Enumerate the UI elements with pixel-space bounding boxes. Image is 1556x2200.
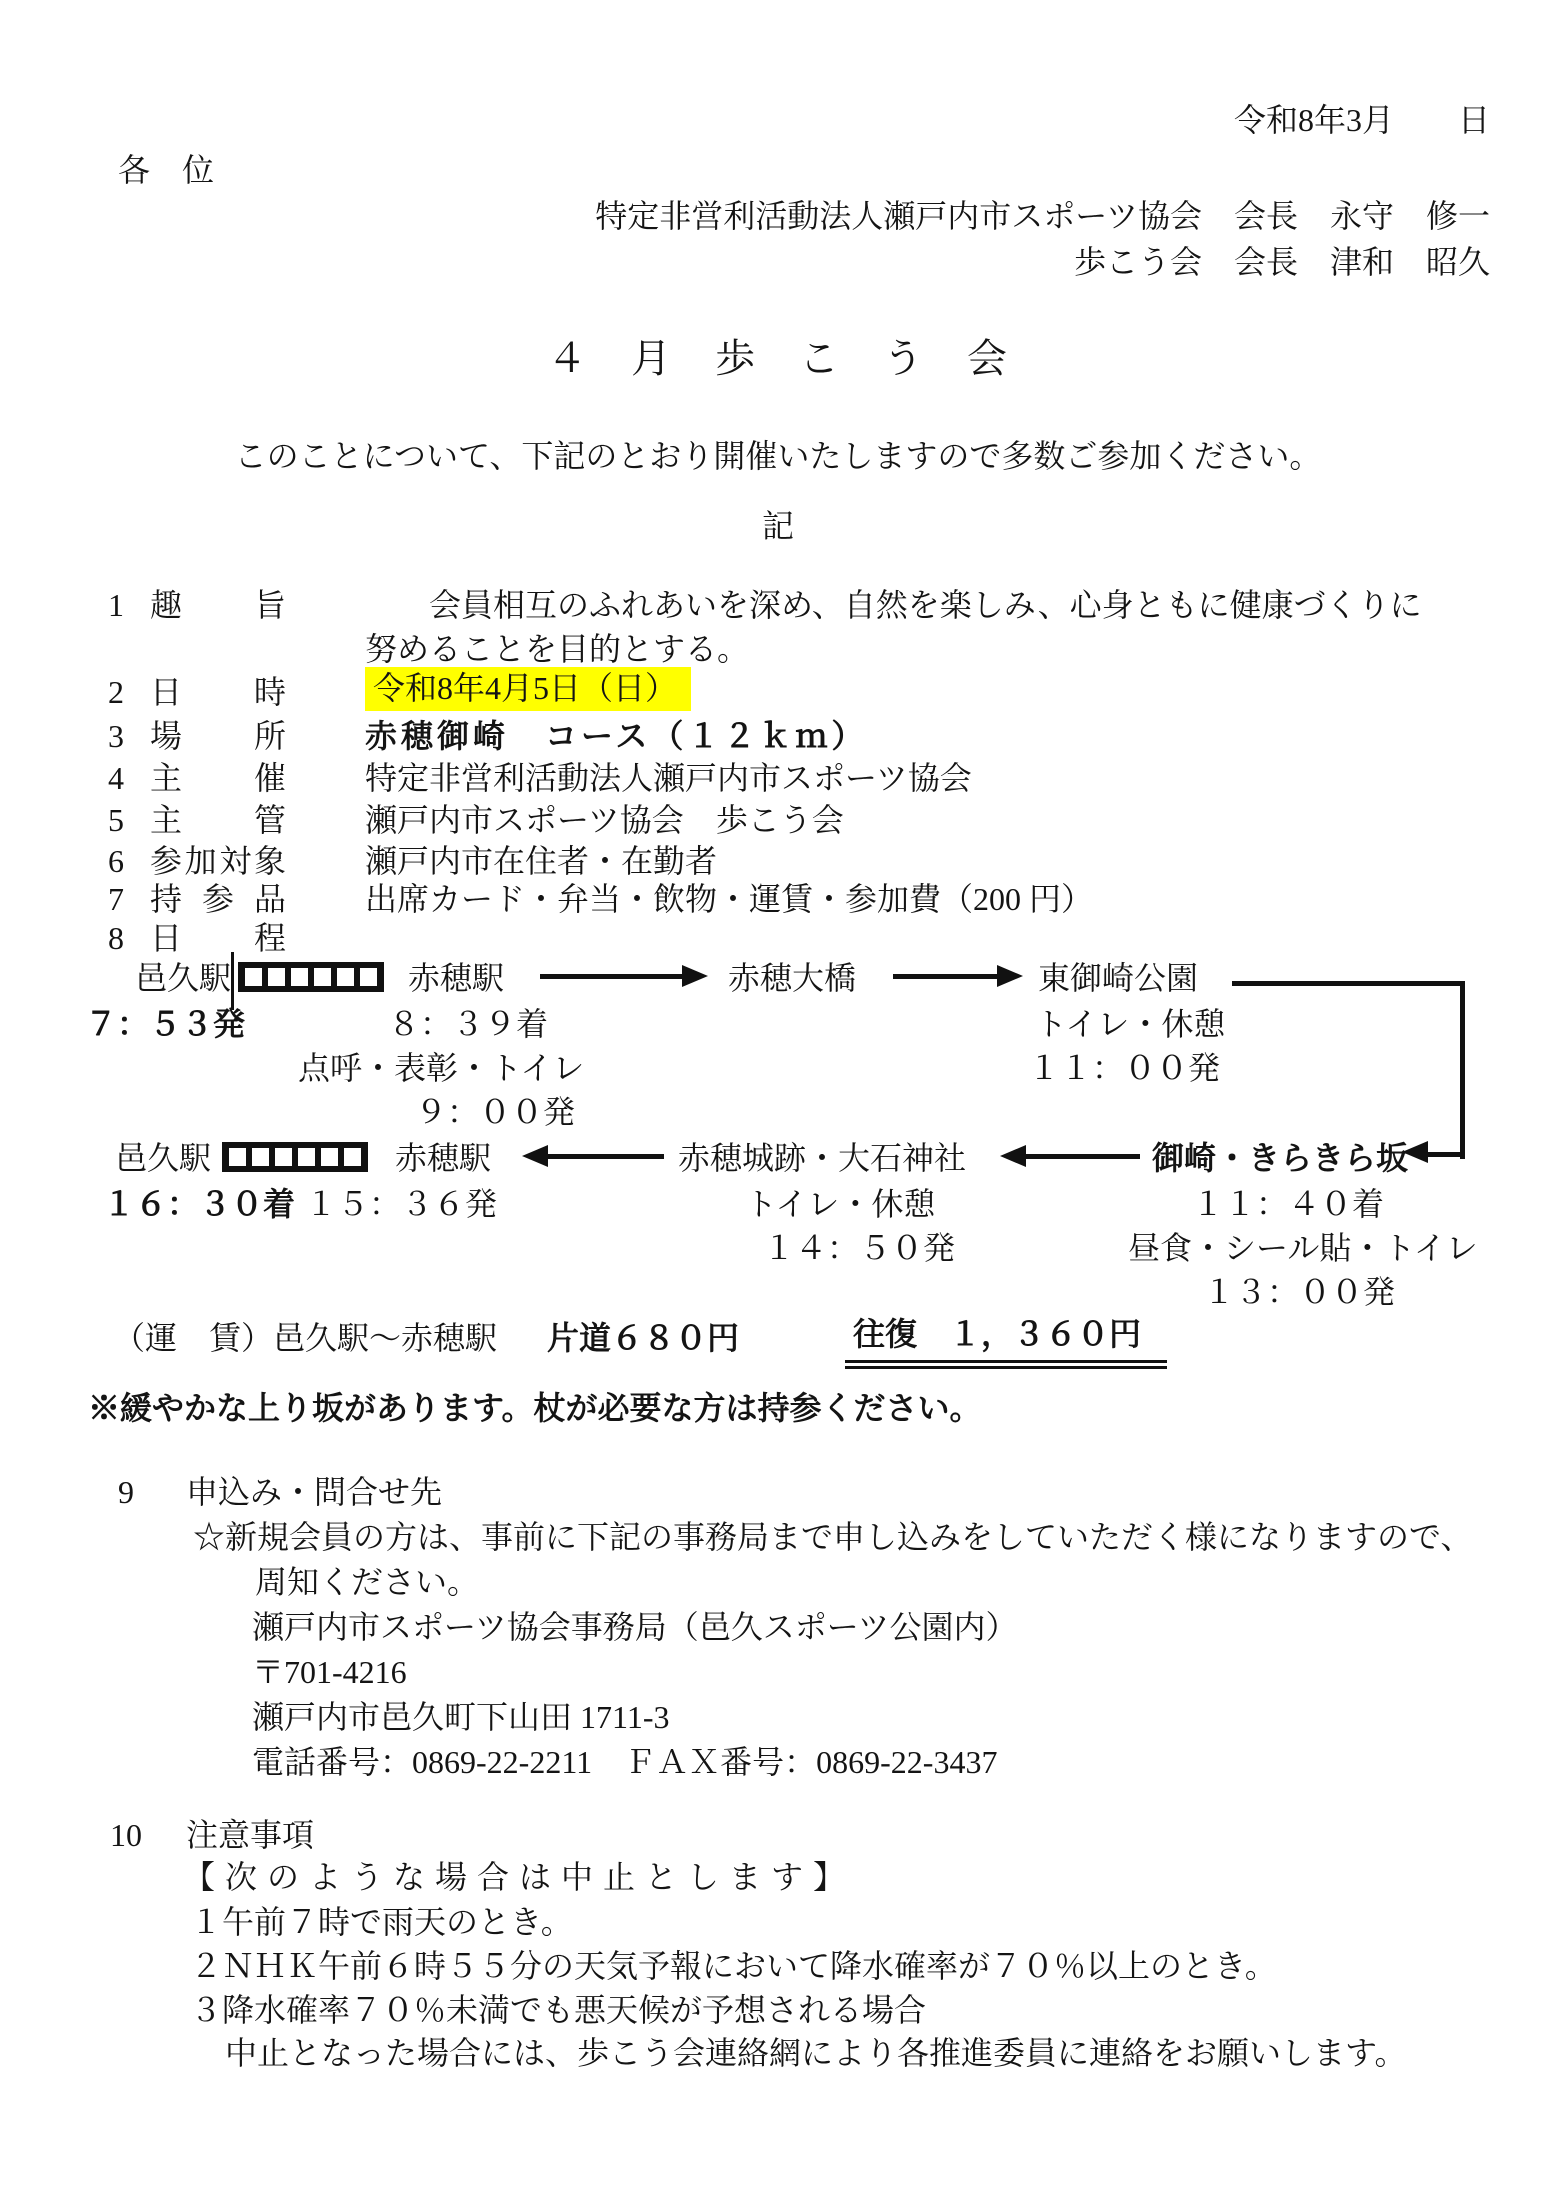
item-5-label: 主管 bbox=[150, 800, 286, 840]
contact-phone-fax: 電話番号：0869-22-2211 ＦＡＸ番号：0869-22-3437 bbox=[252, 1742, 997, 1782]
misaki-departure-time: １３：００発 bbox=[1203, 1272, 1395, 1312]
item-1-number: 1 bbox=[108, 585, 124, 625]
cancellation-condition-1: １午前７時で雨天のとき。 bbox=[190, 1902, 573, 1942]
spot-ako-bridge: 赤穂大橋 bbox=[728, 958, 856, 998]
section-10-number: 10 bbox=[110, 1815, 142, 1855]
oku-arrival-time: １６：３０着 bbox=[103, 1184, 295, 1224]
station-oku-return: 邑久駅 bbox=[115, 1138, 211, 1178]
record-mark: 記 bbox=[0, 506, 1556, 546]
section-10-title: 注意事項 bbox=[186, 1815, 314, 1855]
park-departure-time: １１：００発 bbox=[1028, 1048, 1220, 1088]
issue-date: 令和8年3月 日 bbox=[1234, 100, 1490, 140]
castle-note: トイレ・休憩 bbox=[745, 1184, 935, 1224]
cancellation-condition-3: ３降水確率７０％未満でも悪天候が予想される場合 bbox=[190, 1990, 926, 2030]
station-ako-return: 赤穂駅 bbox=[395, 1138, 491, 1178]
item-7-label: 持参品 bbox=[150, 879, 286, 919]
item-2-label: 日時 bbox=[150, 672, 286, 712]
cancellation-condition-2: ２ＮＨＫ午前６時５５分の天気予報において降水確率が７０％以上のとき。 bbox=[190, 1946, 1277, 1986]
fare-label: （運 賃）邑久駅～赤穂駅 bbox=[113, 1318, 497, 1358]
arrow-left-icon bbox=[522, 1145, 664, 1167]
fare-round-trip: 往復 １，３６０円 bbox=[845, 1316, 1167, 1369]
document-page: 令和8年3月 日 各 位 特定非営利活動法人瀬戸内市スポーツ協会 会長 永守 修… bbox=[0, 0, 1556, 2200]
train-icon bbox=[238, 962, 384, 992]
document-title: ４ 月 歩 こ う 会 bbox=[0, 334, 1556, 384]
contact-postal-code: 〒701-4216 bbox=[252, 1652, 407, 1692]
organizer: 特定非営利活動法人瀬戸内市スポーツ協会 bbox=[365, 758, 972, 798]
contact-notice-line2: 周知ください。 bbox=[255, 1562, 479, 1602]
eligibility: 瀬戸内市在住者・在勤者 bbox=[365, 841, 717, 881]
item-1-value-line2: 努めることを目的とする。 bbox=[365, 629, 749, 669]
contact-address: 瀬戸内市邑久町下山田 1711-3 bbox=[252, 1697, 669, 1737]
fare-one-way: 片道６８０円 bbox=[547, 1318, 739, 1358]
operator: 瀬戸内市スポーツ協会 歩こう会 bbox=[365, 800, 844, 840]
item-8-label: 日程 bbox=[150, 918, 286, 958]
item-4-number: 4 bbox=[108, 758, 124, 798]
connector-stub bbox=[1424, 1152, 1462, 1157]
spot-ako-castle: 赤穂城跡・大石神社 bbox=[678, 1138, 966, 1178]
park-note: トイレ・休憩 bbox=[1035, 1004, 1225, 1044]
section-9-title: 申込み・問合せ先 bbox=[186, 1472, 442, 1512]
sender-club: 歩こう会 会長 津和 昭久 bbox=[1074, 242, 1490, 282]
item-8-number: 8 bbox=[108, 918, 124, 958]
item-6-number: 6 bbox=[108, 841, 124, 881]
train-line-tick bbox=[231, 952, 234, 1010]
arrow-right-icon bbox=[540, 965, 708, 987]
ako-note: 点呼・表彰・トイレ bbox=[298, 1048, 584, 1088]
ako-departure-time: ９：００発 bbox=[415, 1092, 575, 1132]
item-3-label: 場所 bbox=[150, 716, 286, 756]
section-9-number: 9 bbox=[118, 1472, 134, 1512]
contact-notice-line1: ☆新規会員の方は、事前に下記の事務局まで申し込みをしていただく様になりますので、 bbox=[193, 1517, 1472, 1557]
recipient: 各 位 bbox=[118, 150, 214, 190]
item-4-label: 主催 bbox=[150, 758, 286, 798]
event-date-highlighted: 令和8年4月5日（日） bbox=[365, 667, 691, 711]
course-name: 赤穂御崎 コース（１２ｋｍ） bbox=[365, 716, 867, 756]
item-1-value-line1: 会員相互のふれあいを深め、自然を楽しみ、心身ともに健康づくりに bbox=[429, 585, 1422, 625]
oku-departure-time: ７：５３発 bbox=[85, 1004, 245, 1044]
misaki-note: 昼食・シール貼・トイレ bbox=[1128, 1228, 1478, 1268]
train-icon bbox=[222, 1142, 368, 1172]
item-7-number: 7 bbox=[108, 879, 124, 919]
spot-misaki-kirakira: 御崎・きらきら坂 bbox=[1152, 1138, 1408, 1178]
item-6-label: 参加対象 bbox=[150, 841, 286, 881]
ako-arrival-time: ８：３９着 bbox=[388, 1004, 548, 1044]
station-ako-outbound: 赤穂駅 bbox=[408, 958, 504, 998]
contact-office: 瀬戸内市スポーツ協会事務局（邑久スポーツ公園内） bbox=[252, 1607, 1017, 1647]
item-1-label: 趣旨 bbox=[150, 585, 286, 625]
spot-higashi-misaki-park: 東御崎公園 bbox=[1038, 958, 1198, 998]
intro-sentence: このことについて、下記のとおり開催いたしますので多数ご参加ください。 bbox=[0, 436, 1556, 476]
connector-elbow-icon bbox=[1232, 981, 1465, 1159]
slope-warning: ※緩やかな上り坂があります。杖が必要な方は持参ください。 bbox=[88, 1388, 981, 1428]
misaki-arrival-time: １１：４０着 bbox=[1192, 1184, 1384, 1224]
station-oku-outbound: 邑久駅 bbox=[135, 958, 231, 998]
arrow-right-icon bbox=[893, 965, 1023, 987]
item-3-number: 3 bbox=[108, 716, 124, 756]
things-to-bring: 出席カード・弁当・飲物・運賃・参加費（200 円） bbox=[365, 879, 1093, 919]
item-2-number: 2 bbox=[108, 672, 124, 712]
cancellation-contact-note: 中止となった場合には、歩こう会連絡網により各推進委員に連絡をお願いします。 bbox=[225, 2033, 1406, 2073]
sender-organization: 特定非営利活動法人瀬戸内市スポーツ協会 会長 永守 修一 bbox=[595, 196, 1490, 236]
arrow-left-icon bbox=[1000, 1145, 1140, 1167]
cancellation-header: 【次のような場合は中止とします】 bbox=[183, 1857, 855, 1897]
ako-return-departure-time: １５：３６発 bbox=[305, 1184, 497, 1224]
castle-departure-time: １４：５０発 bbox=[763, 1228, 955, 1268]
item-5-number: 5 bbox=[108, 800, 124, 840]
